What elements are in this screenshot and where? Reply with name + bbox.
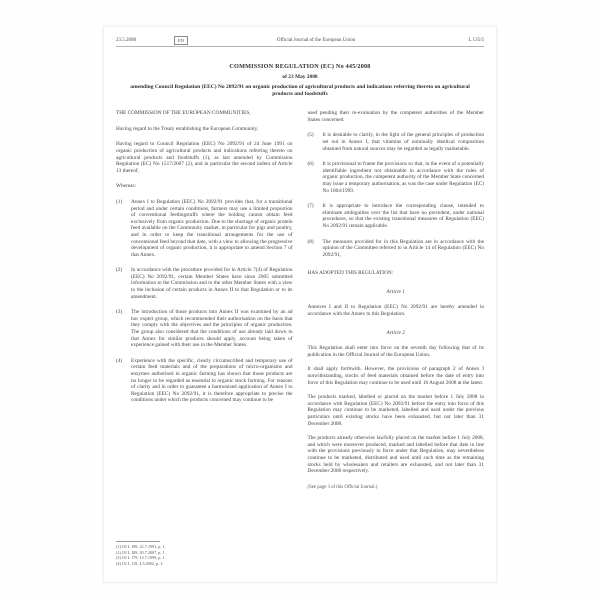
header-divider — [116, 46, 484, 47]
recital-6: (6) It is provisional to frame the provi… — [308, 161, 485, 194]
footnote-4: (4) OJ L 118, 4.5.2002, p. 1. — [116, 561, 266, 566]
right-column: used pending their re-evaluation by the … — [308, 110, 485, 562]
regulation-title-block: COMMISSION REGULATION (EC) No 445/2008 o… — [116, 63, 484, 97]
article-2-paragraph-1: This Regulation shall enter into force o… — [308, 345, 485, 358]
having-regard-treaty: Having regard to the Treaty establishing… — [116, 126, 293, 133]
two-column-body: THE COMMISSION OF THE EUROPEAN COMMUNITI… — [116, 110, 484, 562]
recital-text: Annex I to Regulation (EEC) No 2092/91 p… — [131, 199, 293, 258]
recital-text: The introduction of those products into … — [131, 309, 293, 349]
article-2-paragraph-4: The products already otherwise lawfully … — [308, 435, 485, 475]
article-2-paragraph-3: The products marked, labelled or placed … — [308, 394, 485, 427]
header-date: 23.5.2008 — [116, 38, 156, 43]
language-code-box: EN — [174, 36, 188, 45]
recital-text: It is appropriate to introduce the corre… — [323, 203, 485, 229]
recital-number: (2) — [116, 267, 131, 300]
journal-title: Official Journal of the European Union — [188, 38, 444, 43]
recital-3: (3) The introduction of those products i… — [116, 309, 293, 349]
recital-number: (1) — [116, 199, 131, 258]
recital-5: (5) It is desirable to clarify, in the l… — [308, 132, 485, 152]
regulation-date: of 23 May 2008 — [116, 74, 484, 80]
institution-line: THE COMMISSION OF THE EUROPEAN COMMUNITI… — [116, 110, 293, 117]
recital-number: (6) — [308, 161, 323, 194]
header-page-reference: L 135/5 — [444, 38, 484, 43]
article-2-heading: Article 2 — [308, 330, 485, 337]
left-column: THE COMMISSION OF THE EUROPEAN COMMUNITI… — [116, 110, 293, 562]
regulation-subtitle: amending Council Regulation (EEC) No 209… — [116, 84, 484, 97]
recital-text: It is desirable to clarify, in the light… — [323, 132, 485, 152]
has-adopted-line: HAS ADOPTED THIS REGULATION: — [308, 270, 485, 277]
recital-text: It is provisional to frame the provision… — [323, 161, 485, 194]
article-1-text: Annexes I and II to Regulation (EEC) No … — [308, 304, 485, 317]
see-reference-note: (See page 3 of this Official Journal.) — [308, 485, 485, 492]
footnote-block: (1) OJ L 198, 22.7.1991, p. 1. (2) OJ L … — [116, 541, 266, 566]
recital-1: (1) Annex I to Regulation (EEC) No 2092/… — [116, 199, 293, 258]
whereas-label: Whereas: — [116, 183, 293, 190]
page-header: 23.5.2008 EN Official Journal of the Eur… — [116, 36, 484, 44]
recital-text: The measures provided for in this Regula… — [323, 239, 485, 259]
recital-number: (8) — [308, 239, 323, 259]
recital-number: (5) — [308, 132, 323, 152]
recital-4-continuation: used pending their re-evaluation by the … — [308, 110, 485, 123]
recital-number: (7) — [308, 203, 323, 229]
recital-2: (2) In accordance with the procedure pro… — [116, 267, 293, 300]
recital-number: (3) — [116, 309, 131, 349]
article-1-heading: Article 1 — [308, 289, 485, 296]
recital-8: (8) The measures provided for in this Re… — [308, 239, 485, 259]
scanned-document-background: 23.5.2008 EN Official Journal of the Eur… — [0, 0, 600, 600]
recital-4: (4) Experience with the specific, clearl… — [116, 358, 293, 404]
regulation-title: COMMISSION REGULATION (EC) No 445/2008 — [116, 63, 484, 70]
recital-number: (4) — [116, 358, 131, 404]
recital-7: (7) It is appropriate to introduce the c… — [308, 203, 485, 229]
having-regard-regulation: Having regard to Council Regulation (EEC… — [116, 141, 293, 174]
recital-text: Experience with the specific, clearly ci… — [131, 358, 293, 404]
recital-text: In accordance with the procedure provide… — [131, 267, 293, 300]
article-2-paragraph-2: It shall apply forthwith. However, the p… — [308, 366, 485, 386]
oj-page: 23.5.2008 EN Official Journal of the Eur… — [103, 26, 497, 583]
footnote-divider — [116, 541, 160, 542]
